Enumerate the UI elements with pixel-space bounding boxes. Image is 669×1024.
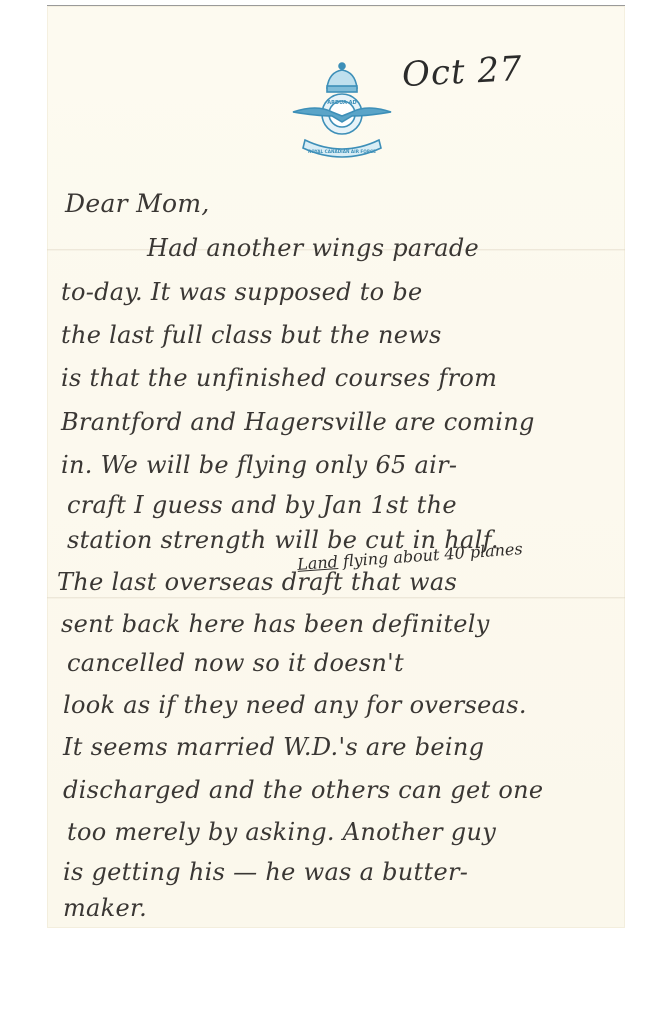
letter-page: ARDUA AD ROYAL CANADIAN AIR FORCE Oct 27… <box>47 5 625 928</box>
letter-line: Brantford and Hagersville are coming <box>61 408 535 436</box>
rcaf-crest-icon: ARDUA AD ROYAL CANADIAN AIR FORCE <box>287 58 397 168</box>
letter-line: sent back here has been definitely <box>61 610 490 638</box>
svg-text:ARDUA AD: ARDUA AD <box>327 100 356 106</box>
letter-line: in. We will be flying only 65 air- <box>61 451 457 479</box>
letter-date: Oct 27 <box>401 49 524 95</box>
letter-line: is that the unfinished courses from <box>61 364 497 392</box>
letter-line: craft I guess and by Jan 1st the <box>67 491 457 519</box>
svg-text:ROYAL CANADIAN AIR FORCE: ROYAL CANADIAN AIR FORCE <box>308 149 376 154</box>
letter-line: cancelled now so it doesn't <box>67 649 404 677</box>
letter-line: to-day. It was supposed to be <box>61 278 423 306</box>
letter-line: is getting his — he was a butter- <box>63 858 468 886</box>
letter-line: look as if they need any for overseas. <box>63 691 527 719</box>
letter-line: Had another wings parade <box>147 234 479 262</box>
paper-fold-line <box>47 597 625 599</box>
letter-line: the last full class but the news <box>61 321 442 349</box>
letter-line: too merely by asking. Another guy <box>67 818 496 846</box>
letter-line: The last overseas draft that was <box>57 568 457 596</box>
letter-line: It seems married W.D.'s are being <box>63 733 484 761</box>
letter-line: discharged and the others can get one <box>63 776 543 804</box>
salutation: Dear Mom, <box>65 189 210 218</box>
letter-line: maker. <box>63 894 147 922</box>
